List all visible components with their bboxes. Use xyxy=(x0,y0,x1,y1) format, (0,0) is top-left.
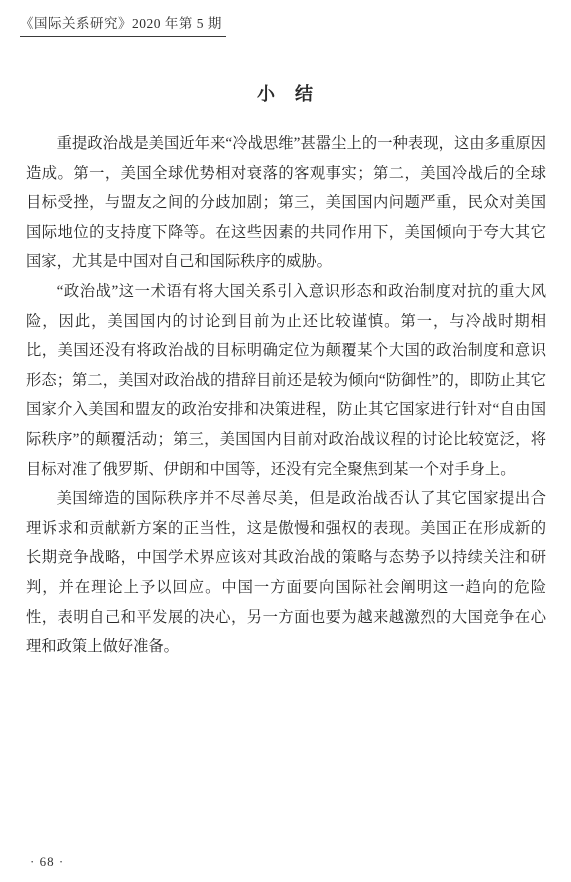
journal-header: 《国际关系研究》2020 年第 5 期 xyxy=(20,15,226,37)
page-number: · 68 · xyxy=(30,854,64,870)
article-body: 重提政治战是美国近年来“冷战思维”甚嚣尘上的一种表现，这由多重原因造成。第一，美… xyxy=(26,129,546,662)
paragraph: 美国缔造的国际秩序并不尽善尽美，但是政治战否认了其它国家提出合理诉求和贡献新方案… xyxy=(26,484,546,662)
section-title: 小 结 xyxy=(0,80,571,106)
paragraph: “政治战”这一术语有将大国关系引入意识形态和政治制度对抗的重大风险，因此，美国国… xyxy=(26,277,546,484)
paragraph: 重提政治战是美国近年来“冷战思维”甚嚣尘上的一种表现，这由多重原因造成。第一，美… xyxy=(26,129,546,277)
document-page: 《国际关系研究》2020 年第 5 期 小 结 重提政治战是美国近年来“冷战思维… xyxy=(0,0,571,882)
